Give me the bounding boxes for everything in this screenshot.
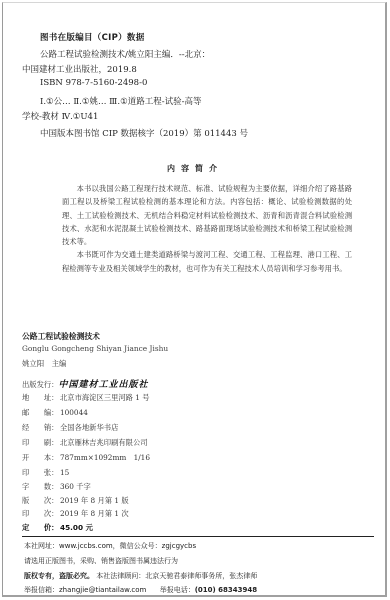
info-label: 邮 编： <box>22 408 60 418</box>
cip-line-isbn: ISBN 978-7-5160-2498-0 <box>40 78 147 88</box>
info-value: 15 <box>60 468 69 477</box>
info-value: 360 千字 <box>60 482 91 491</box>
info-row-printing: 印 次：2019 年 8 月第 1 次 <box>22 509 129 519</box>
info-value: 北京市海淀区三里河路 1 号 <box>60 393 150 402</box>
info-label: 印 刷： <box>22 438 60 448</box>
info-row-postcode: 邮 编：100044 <box>22 408 88 418</box>
summary-heading: 内容简介 <box>0 163 390 174</box>
info-label: 印 张： <box>22 468 60 478</box>
book-editor: 姚立阳 主编 <box>22 358 66 369</box>
section-divider <box>22 536 374 537</box>
info-row-address: 地 址：北京市海淀区三里河路 1 号 <box>22 393 150 403</box>
book-title: 公路工程试验检测技术 <box>22 331 100 342</box>
info-row-distributor: 经 销：全国各地新华书店 <box>22 423 118 433</box>
footer-report-line: 举报信箱：zhangjie@tiantailaw.com 举报电话：(010) … <box>24 585 257 595</box>
cip-heading: 图书在版编目（CIP）数据 <box>40 31 145 43</box>
info-label: 版 次： <box>22 496 60 506</box>
info-label: 字 数： <box>22 482 60 492</box>
cip-line-record-number: 中国版本图书馆 CIP 数据核字（2019）第 011443 号 <box>40 127 248 139</box>
cip-line-subjects: Ⅰ.①公… Ⅱ.①姚… Ⅲ.①道路工程-试验-高等 <box>40 95 201 107</box>
report-phone: (010) 68343948 <box>195 586 257 594</box>
summary-paragraph: 本书既可作为交通土建类道路桥梁与渡河工程、交通工程、工程监理、港口工程、工程检测… <box>62 248 352 275</box>
info-row-edition: 版 次：2019 年 8 月第 1 版 <box>22 496 129 506</box>
info-row-printer: 印 刷：北京雁林吉兆印刷有限公司 <box>22 438 148 448</box>
info-value: 全国各地新华书店 <box>60 423 118 432</box>
copyright-statement: 版权专有，盗版必究。 <box>24 572 94 580</box>
info-row-publisher: 出版发行：中国建材工业出版社 <box>22 377 149 390</box>
info-row-price: 定 价：45.00 元 <box>22 523 93 533</box>
summary-paragraph: 本书以我国公路工程现行技术规范、标准、试验规程为主要依据，详细介绍了路基路面工程… <box>62 182 352 248</box>
info-value: 2019 年 8 月第 1 次 <box>60 509 129 518</box>
publisher-logo-text: 中国建材工业出版社 <box>58 380 148 390</box>
info-label: 开 本： <box>22 453 60 463</box>
legal-counsel: 本社法律顾问：北京天驰君泰律师事务所，张杰律师 <box>96 572 257 580</box>
info-label: 定 价： <box>22 523 60 533</box>
price-value: 45.00 元 <box>60 523 93 532</box>
summary-body: 本书以我国公路工程现行技术规范、标准、试验规程为主要依据，详细介绍了路基路面工程… <box>62 182 352 275</box>
info-label: 出版发行： <box>22 380 58 390</box>
info-label: 地 址： <box>22 393 60 403</box>
report-phone-label: 举报电话： <box>160 586 195 594</box>
cip-line-publisher: 中国建材工业出版社，2019.8 <box>22 63 137 75</box>
footer-copyright-line: 版权专有，盗版必究。 本社法律顾问：北京天驰君泰律师事务所，张杰律师 <box>24 571 257 581</box>
page-frame <box>2 2 387 597</box>
info-row-format: 开 本：787mm×1092mm 1/16 <box>22 453 150 463</box>
info-value: 787mm×1092mm 1/16 <box>60 453 150 462</box>
report-email-label: 举报信箱： <box>24 586 59 594</box>
info-value: 北京雁林吉兆印刷有限公司 <box>60 438 148 447</box>
info-value: 100044 <box>60 408 88 417</box>
info-label: 经 销： <box>22 423 60 433</box>
footer-piracy-notice: 请选用正版图书，采购、销售盗版图书属违法行为 <box>24 556 178 566</box>
info-value: 2019 年 8 月第 1 版 <box>60 496 129 505</box>
book-title-pinyin: Gonglu Gongcheng Shiyan Jiance Jishu <box>22 344 168 353</box>
cip-line-title: 公路工程试验检测技术/姚立阳主编．--北京： <box>40 48 210 60</box>
info-row-word-count: 字 数：360 千字 <box>22 482 91 492</box>
info-label: 印 次： <box>22 509 60 519</box>
footer-website-line: 本社网址：www.jccbs.com，微信公众号：zgjcgycbs <box>24 541 196 551</box>
report-email: zhangjie@tiantailaw.com <box>59 586 146 594</box>
cip-line-classification: 学校-教材 Ⅳ.①U41 <box>22 110 98 122</box>
info-row-sheets: 印 张：15 <box>22 468 69 478</box>
